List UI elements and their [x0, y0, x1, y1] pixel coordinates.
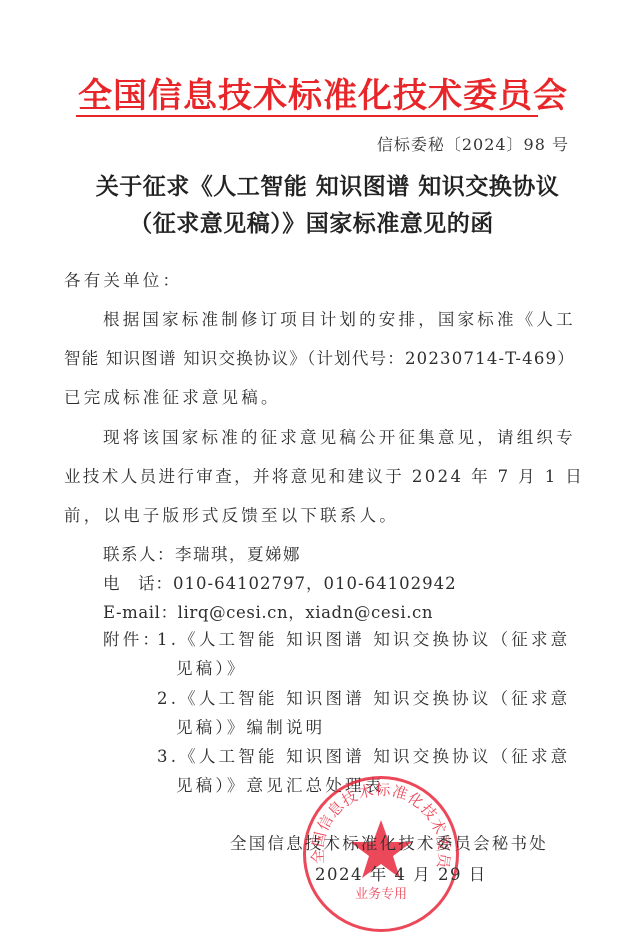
attachment-title-line-1: 《人工智能 知识图谱 知识交换协议（征求意	[179, 630, 570, 649]
document-title-line-1: 关于征求《人工智能 知识图谱 知识交换协议	[8, 168, 639, 201]
seal-star-icon: 全国信息技术标准化技术委员会 业务专用	[303, 776, 459, 932]
contact-phone: 电 话：010-64102797，010-64102942	[103, 570, 457, 594]
attachment-2-line-2: 见稿）》编制说明	[176, 714, 325, 738]
paragraph-1-line-3: 已完成标准征求意见稿。	[64, 384, 281, 408]
paragraph-2-line-2: 业技术人员进行审查，并将意见和建议于 2024 年 7 月 1 日	[64, 463, 584, 487]
seal-bottom-text: 业务专用	[355, 886, 407, 902]
paragraph-1-line-1: 根据国家标准制修订项目计划的安排，国家标准《人工	[103, 306, 576, 330]
paragraph-1-line-2: 智能 知识图谱 知识交换协议》（计划代号：20230714-T-469）	[64, 345, 575, 369]
attachment-title-line-1: 《人工智能 知识图谱 知识交换协议（征求意	[179, 689, 570, 708]
salutation: 各有关单位：	[64, 267, 182, 291]
contact-person-value: 李瑞琪，夏娣娜	[175, 545, 301, 564]
issuer-name: 全国信息技术标准化技术委员会秘书处	[230, 830, 548, 854]
issue-date: 2024 年 4 月 29 日	[315, 861, 487, 885]
attachments-label: 附件：	[103, 626, 162, 650]
letterhead-divider	[76, 115, 538, 117]
org-letterhead-title: 全国信息技术标准化技术委员会	[78, 68, 568, 117]
attachment-1: 1.《人工智能 知识图谱 知识交换协议（征求意	[157, 626, 570, 650]
contact-email: E-mail：lirq@cesi.cn，xiadn@cesi.cn	[103, 599, 433, 623]
document-number: 信标委秘〔2024〕98 号	[377, 132, 569, 155]
contact-email-value: lirq@cesi.cn，xiadn@cesi.cn	[178, 603, 433, 622]
attachment-3: 3.《人工智能 知识图谱 知识交换协议（征求意	[157, 743, 570, 767]
official-seal-stamp: 全国信息技术标准化技术委员会 业务专用	[303, 776, 459, 932]
contact-phone-label: 电 话：	[103, 574, 173, 593]
contact-phone-value: 010-64102797，010-64102942	[173, 574, 457, 593]
document-title-line-2: （征求意见稿）》国家标准意见的函	[0, 205, 631, 238]
contact-person-label: 联系人：	[103, 545, 175, 564]
attachment-number: 1.	[157, 630, 179, 649]
attachment-number: 3.	[157, 747, 179, 766]
attachment-1-line-2: 见稿）》	[176, 655, 247, 679]
attachment-title-line-1: 《人工智能 知识图谱 知识交换协议（征求意	[179, 747, 570, 766]
attachment-2: 2.《人工智能 知识图谱 知识交换协议（征求意	[157, 685, 570, 709]
paragraph-2-line-1: 现将该国家标准的征求意见稿公开征集意见，请组织专	[103, 424, 576, 448]
contact-person: 联系人：李瑞琪，夏娣娜	[103, 541, 301, 565]
contact-email-label: E-mail：	[103, 603, 178, 622]
attachment-number: 2.	[157, 689, 179, 708]
paragraph-2-line-3: 前，以电子版形式反馈至以下联系人。	[64, 502, 399, 526]
